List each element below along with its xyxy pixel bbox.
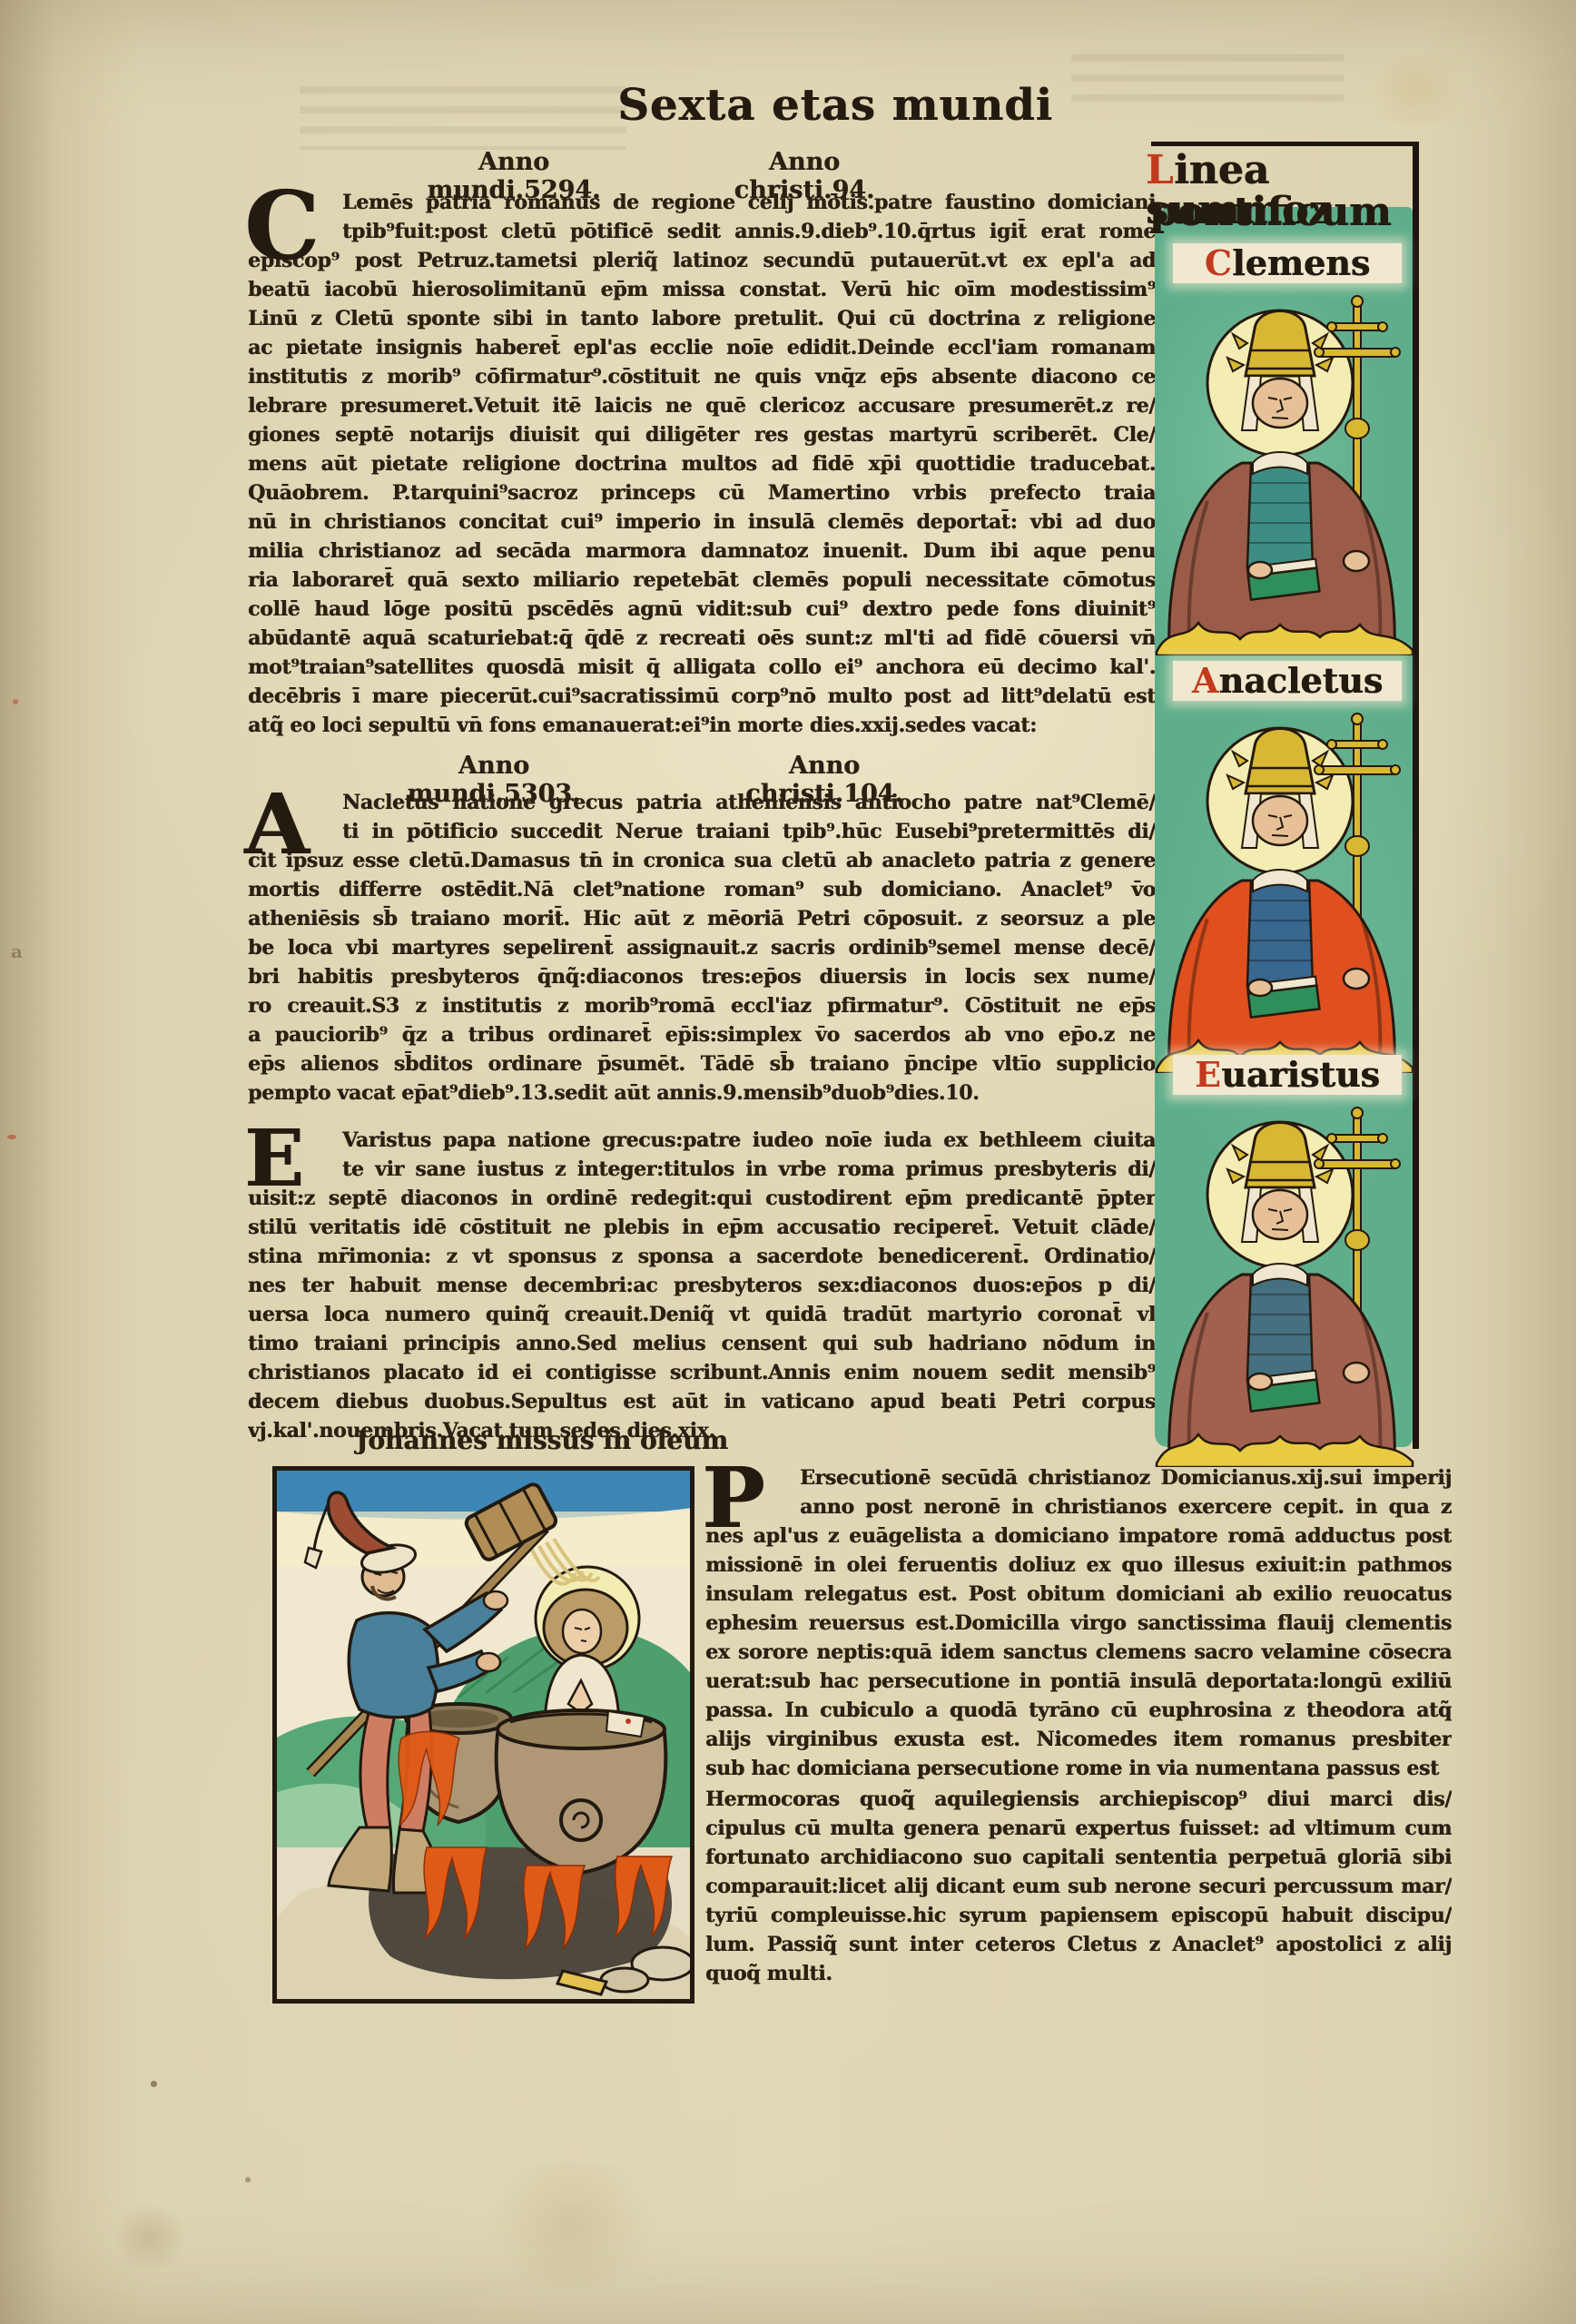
text-line: Hermocoras quoq̃ aquilegiensis archiepis…	[705, 1785, 1452, 1814]
text-line: Nacletus natione grecus patria atheniens…	[248, 788, 1156, 817]
ink-speck	[13, 699, 18, 704]
text-line: cit ipsuz esse cletū.Damasus tn̄ in cron…	[248, 846, 1156, 875]
text-line: cipulus cū multa genera penarū expertus …	[705, 1814, 1452, 1843]
text-line: mens aūt pietate religione doctrina mult…	[248, 449, 1156, 478]
chronicle-page: Sexta etas mundi Anno mundi.5294. Anno c…	[0, 0, 1576, 2324]
text-line: ep̄s alienos sb̄ditos ordinare p̄sumēt. …	[248, 1049, 1156, 1078]
paragraph-persecution: P Ersecutionē secūdā christianoz Domicia…	[705, 1463, 1452, 1783]
dropcap-initial: C	[244, 179, 320, 273]
page-title: Sexta etas mundi	[599, 80, 1071, 131]
paragraph-hermocoras: Hermocoras quoq̃ aquilegiensis archiepis…	[705, 1785, 1452, 1988]
text-line: ephesim reuersus est.Domicilla virgo san…	[705, 1609, 1452, 1638]
text-line: be loca vbi martyres sepelirent̄ assigna…	[248, 933, 1156, 962]
text-line: giones septē notarijs diuisit qui diligē…	[248, 420, 1156, 449]
ink-speck	[245, 2177, 251, 2182]
text-line: abūdantē aquā scaturiebat:q̄ q̄dē z recr…	[248, 624, 1156, 653]
paragraph-lines: Ersecutionē secūdā christianoz Domicianu…	[705, 1463, 1452, 1783]
stain	[109, 2206, 191, 2270]
text-line: bri habitis presbyteros q̄nq̃:diaconos t…	[248, 962, 1156, 991]
linea-heading-line2: pontificum	[1146, 192, 1422, 232]
text-line: Ersecutionē secūdā christianoz Domicianu…	[705, 1463, 1452, 1492]
text-line: comparauit:licet alij dicant eum sub ner…	[705, 1872, 1452, 1901]
text-line: a pauciorib⁹ q̄z a tribus ordinaret̄ ep̄…	[248, 1020, 1156, 1049]
text-line: quoq̃ multi.	[705, 1959, 1452, 1988]
bleedthrough-ghost	[1071, 54, 1344, 109]
text-line: atheniēsis sb̄ traiano morit̄. Hic aūt z…	[248, 904, 1156, 933]
woodcut-john-in-oil	[272, 1466, 694, 2004]
text-line: Varistus papa natione grecus:patre iudeo…	[248, 1126, 1156, 1155]
paragraph-lines: Hermocoras quoq̃ aquilegiensis archiepis…	[705, 1785, 1452, 1988]
paragraph-clemens: C Lemēs patria romanus de regione celij …	[248, 188, 1156, 740]
text-line: ac pietate insignis haberet̄ epl'as eccl…	[248, 333, 1156, 362]
text-line: atq̃ eo loci sepultū vn̄ fons emanauerat…	[248, 711, 1156, 740]
paragraph-anacletus: A Nacletus natione grecus patria athenie…	[248, 788, 1156, 1108]
text-line: ro creauit.S3 z institutis z morib⁹romā …	[248, 991, 1156, 1020]
text-line: stilū veritatis idē cōstituit ne plebis …	[248, 1213, 1156, 1242]
text-line: episcop⁹ post Petruz.tametsi pleriq̃ lat…	[248, 246, 1156, 275]
pope-portrait-anacletus	[1153, 710, 1416, 1073]
text-line: collē haud lōge positū pscēdēs agnū vidi…	[248, 595, 1156, 624]
paragraph-lines: Varistus papa natione grecus:patre iudeo…	[248, 1126, 1156, 1445]
bleedthrough-ghost	[300, 86, 626, 150]
stain	[1362, 54, 1471, 127]
paragraph-lines: Lemēs patria romanus de regione celij mō…	[248, 188, 1156, 740]
text-line: ti in pōtificio succedit Nerue traiani t…	[248, 817, 1156, 846]
text-line: Lemēs patria romanus de regione celij mō…	[248, 188, 1156, 217]
text-line: lebrare presumeret.Vetuit itē laicis ne …	[248, 391, 1156, 420]
paragraph-evaristus: E Varistus papa natione grecus:patre iud…	[248, 1126, 1156, 1445]
text-line: tpib⁹fuit:post cletū pōtificē sedit anni…	[248, 217, 1156, 246]
ink-speck	[151, 2081, 157, 2087]
text-line: mot⁹traian⁹satellites quosdā misit q̄ al…	[248, 653, 1156, 682]
text-line: nū in christianos concitat cui⁹ imperio …	[248, 507, 1156, 537]
text-line: christianos placato id ei contigisse scr…	[248, 1358, 1156, 1387]
text-line: uersa loca numero quinq̃ creauit.Deniq̃ …	[248, 1300, 1156, 1329]
text-line: mortis differre ostēdit.Nā clet⁹natione …	[248, 875, 1156, 904]
text-line: te vir sane iustus z integer:titulos in …	[248, 1155, 1156, 1184]
text-line: ria laboraret̄ quā sexto miliario repete…	[248, 566, 1156, 595]
text-line: anno post neronē in christianos exercere…	[705, 1492, 1452, 1521]
text-line: missionē in olei feruentis doliuz ex quo…	[705, 1551, 1452, 1580]
ink-speck	[7, 1135, 16, 1139]
pope-label-anacletus: Anacletus	[1173, 661, 1402, 701]
text-line: uisit:z septē diaconos in ordinē redegit…	[248, 1184, 1156, 1213]
column-top-rule	[1151, 142, 1419, 146]
text-line: passa. In cubiculo a quodā tyrāno cū eup…	[705, 1696, 1452, 1725]
text-line: nes apl'us z euāgelista a domiciano impa…	[705, 1521, 1452, 1551]
text-line: stina mr̄imonia: z vt sponsus z sponsa a…	[248, 1242, 1156, 1271]
stain	[472, 2161, 672, 2288]
pope-portrait-clemens	[1153, 292, 1416, 655]
text-line: decēbris ī mare piecerūt.cui⁹sacratissim…	[248, 682, 1156, 711]
text-line: Quāobrem. P.tarquini⁹sacroz princeps cū …	[248, 478, 1156, 507]
text-line: insulam relegatus est. Post obitum domic…	[705, 1580, 1452, 1609]
text-line: Linū z Cletū sponte sibi in tanto labore…	[248, 304, 1156, 333]
pope-portrait-evaristus	[1153, 1104, 1416, 1467]
text-line: lum. Passiq̃ sunt inter ceteros Cletus z…	[705, 1930, 1452, 1959]
text-line: sub hac domiciana persecutione rome in v…	[705, 1754, 1452, 1783]
text-line: uerat:sub hac persecutione in pontiā ins…	[705, 1667, 1452, 1696]
paragraph-lines: Nacletus natione grecus patria atheniens…	[248, 788, 1156, 1108]
margin-mark: a	[11, 940, 23, 962]
dropcap-initial: A	[244, 783, 309, 866]
dropcap-initial: P	[702, 1456, 764, 1540]
text-line: institutis z morib⁹ cōfirmatur⁹.cōstitui…	[248, 362, 1156, 391]
dropcap-initial: E	[244, 1120, 304, 1198]
text-line: beatū iacobū hierosolimitanū ep̄m missa …	[248, 275, 1156, 304]
text-line: milia christianoz ad secāda marmora damn…	[248, 537, 1156, 566]
woodcut-caption: Johannes missus in oleum	[356, 1425, 728, 1455]
text-line: alijs virginibus exusta est. Nicomedes i…	[705, 1725, 1452, 1754]
text-line: fortunato archidiacono suo capitali sent…	[705, 1843, 1452, 1872]
text-line: pempto vacat ep̄at⁹dieb⁹.13.sedit aūt an…	[248, 1078, 1156, 1108]
text-line: nes ter habuit mense decembri:ac presbyt…	[248, 1271, 1156, 1300]
pope-label-evaristus: Euaristus	[1173, 1055, 1402, 1095]
text-line: timo traiani principis anno.Sed melius c…	[248, 1329, 1156, 1358]
pope-label-clemens: Clemens	[1173, 243, 1402, 283]
text-line: ex sorore neptis:quā idem sanctus clemen…	[705, 1638, 1452, 1667]
text-line: tyriū compleuisse.hic syrum papiensem ep…	[705, 1901, 1452, 1930]
text-line: decem diebus duobus.Sepultus est aūt in …	[248, 1387, 1156, 1416]
